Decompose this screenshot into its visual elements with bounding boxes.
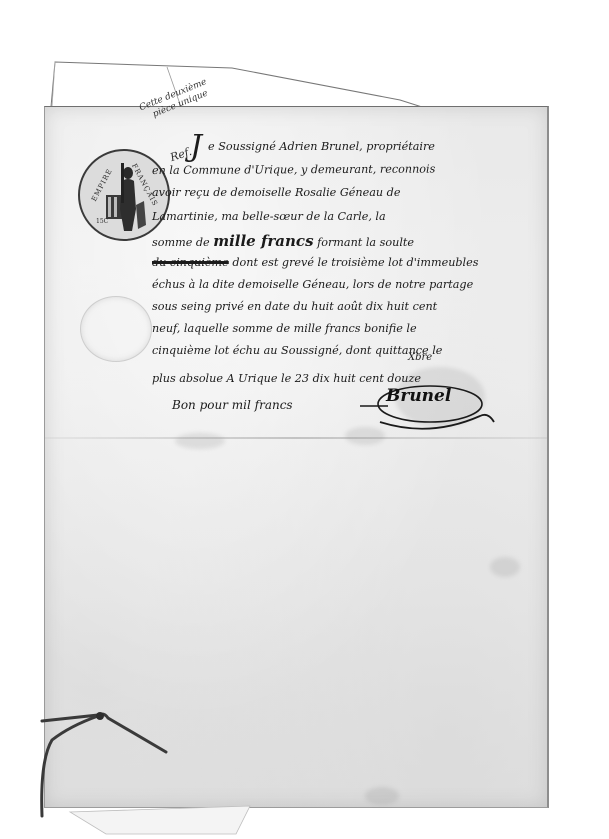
line-text: en la Commune d'Urique, y demeurant, rec… [152,163,435,177]
body-line-8: sous seing privé en date du huit août di… [152,296,437,318]
line-text: neuf, laquelle somme de mille francs bon… [152,322,417,335]
month-superscript: Xbre [408,352,432,363]
body-line-4: Lamartinie, ma belle-sœur de la Carle, l… [152,206,386,228]
line-text: dont est grevé le troisième lot d'immeub… [229,256,479,269]
body-line-6: du cinquième dont est grevé le troisième… [152,252,479,274]
stain [365,787,399,805]
body-line-3: avoir reçu de demoiselle Rosalie Géneau … [152,182,400,204]
line-text: échus à la dite demoiselle Géneau, lors … [152,278,473,291]
body-line-10: cinquième lot échu au Soussigné, dont qu… [152,340,442,362]
line-text: somme de [152,236,213,249]
line-text: Lamartinie, ma belle-sœur de la Carle, l… [152,210,386,223]
body-line-9: neuf, laquelle somme de mille francs bon… [152,318,417,340]
line-text: cinquième lot échu au Soussigné, dont qu… [152,344,442,357]
embossed-dry-stamp [80,296,152,362]
fold-crease [45,437,547,439]
stain [490,557,520,577]
signature: Brunel [386,386,451,406]
amount-emphasis: mille francs [213,232,313,250]
body-line-7: échus à la dite demoiselle Géneau, lors … [152,274,473,296]
struck-text: du cinquième [152,256,229,269]
scanned-document: EMPIRE FRANÇAIS 15C Cette deuxième pièce… [0,0,609,839]
line-text: formant la soulte [314,236,415,249]
approval-line: Bon pour mil francs [172,398,293,412]
body-line-5: somme de mille francs formant la soulte [152,230,414,252]
line-text: e Soussigné Adrien Brunel, propriétaire [208,140,435,153]
stain [175,433,225,449]
seal-value: 15C [96,218,108,225]
body-line-2: en la Commune d'Urique, y demeurant, rec… [152,159,435,182]
body-line-1: Je Soussigné Adrien Brunel, propriétaire [190,136,435,158]
line-text: avoir reçu de demoiselle Rosalie Géneau … [152,186,400,199]
line-text: sous seing privé en date du huit août di… [152,300,437,313]
allegorical-figure-seal-icon [102,161,150,233]
